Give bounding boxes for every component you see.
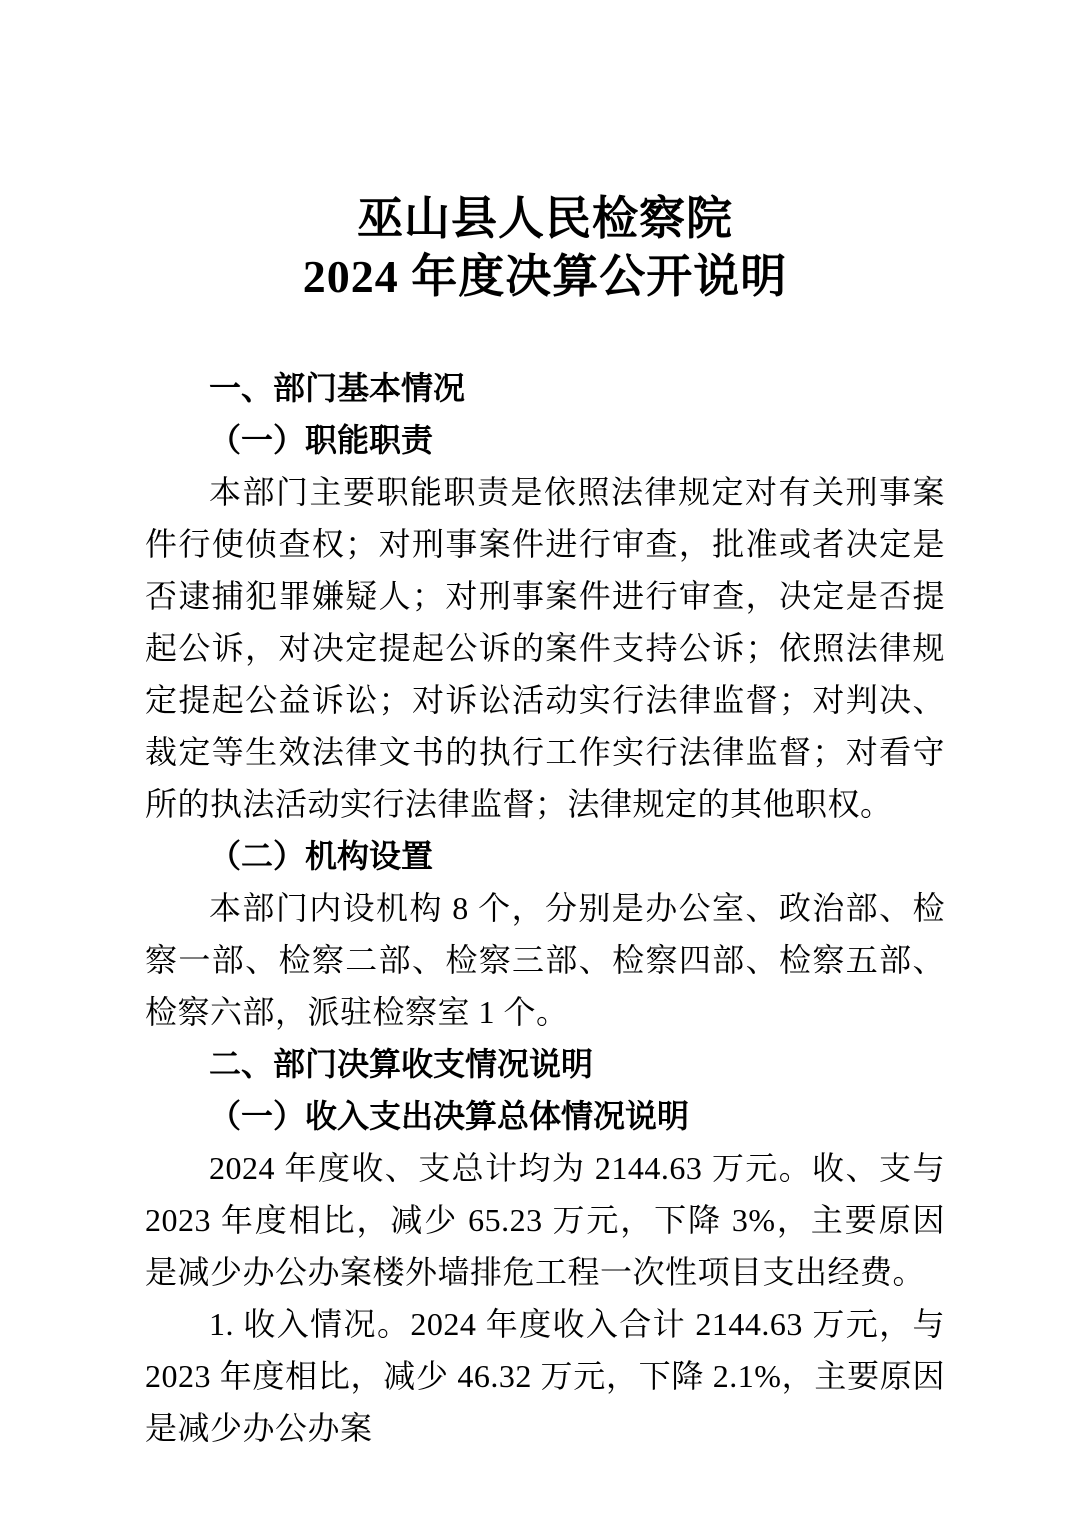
document-body: 一、部门基本情况 （一）职能职责 本部门主要职能职责是依照法律规定对有关刑事案件… [145, 362, 945, 1454]
subsection-heading-budget-overview: （一）收入支出决算总体情况说明 [145, 1090, 945, 1142]
subsection-heading-org-structure: （二）机构设置 [145, 830, 945, 882]
section-heading-basic-info: 一、部门基本情况 [145, 362, 945, 414]
document-title-line2: 2024 年度决算公开说明 [145, 248, 945, 306]
section-heading-budget: 二、部门决算收支情况说明 [145, 1038, 945, 1090]
document-title: 巫山县人民检察院 2024 年度决算公开说明 [145, 190, 945, 306]
document-title-line1: 巫山县人民检察院 [145, 190, 945, 248]
document-page: 巫山县人民检察院 2024 年度决算公开说明 一、部门基本情况 （一）职能职责 … [0, 0, 1075, 1520]
paragraph-org-structure: 本部门内设机构 8 个，分别是办公室、政治部、检察一部、检察二部、检察三部、检察… [145, 882, 945, 1038]
subsection-heading-duties: （一）职能职责 [145, 414, 945, 466]
paragraph-budget-overview: 2024 年度收、支总计均为 2144.63 万元。收、支与 2023 年度相比… [145, 1142, 945, 1298]
paragraph-income-detail: 1. 收入情况。2024 年度收入合计 2144.63 万元，与 2023 年度… [145, 1298, 945, 1454]
paragraph-duties: 本部门主要职能职责是依照法律规定对有关刑事案件行使侦查权；对刑事案件进行审查，批… [145, 466, 945, 830]
